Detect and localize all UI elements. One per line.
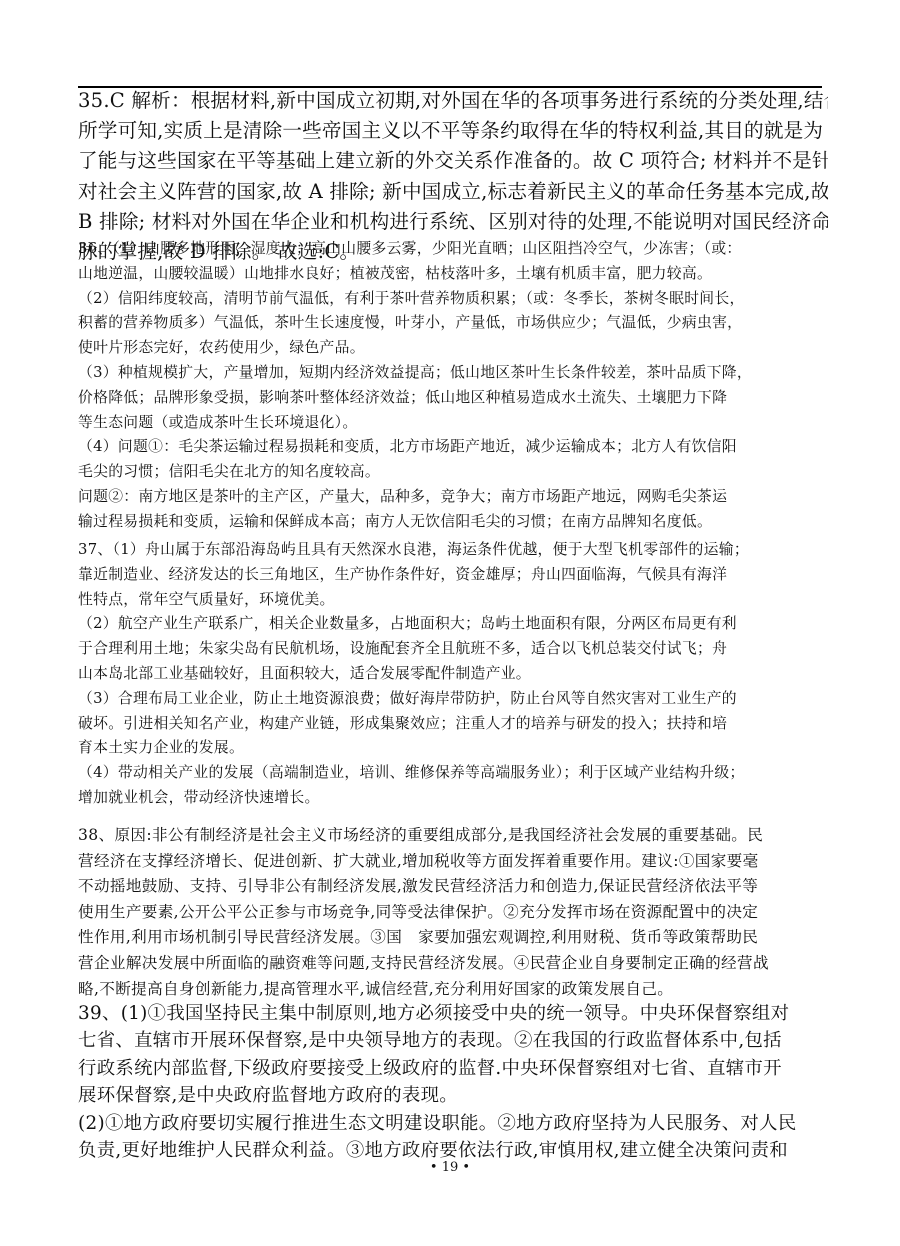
text-line: 破坏。引进相关知名产业，构建产业链，形成集聚效应；注重人才的培养与研发的投入；扶… — [78, 712, 828, 737]
text-line: 积蓄的营养物质多）气温低，茶叶生长速度慢，叶芽小，产量低，市场供应少；气温低，少… — [78, 311, 828, 336]
text-line: 37、（1）舟山属于东部沿海岛屿且具有天然深水良港，海运条件优越，便于大型飞机零… — [78, 538, 828, 563]
text-line: 36、（1）山腰多地形雨，湿度大；高山山腰多云雾，少阳光直晒；山区阻挡冷空气，少… — [78, 237, 828, 262]
page-number: • 19 • — [0, 1160, 900, 1175]
text-line: 山地逆温，山腰较温暖）山地排水良好；植被茂密，枯枝落叶多，土壤有机质丰富，肥力较… — [78, 262, 828, 287]
text-line: 使用生产要素,公开公平公正参与市场竞争,同等受法律保护。②充分发挥市场在资源配置… — [78, 900, 828, 926]
answer-37: 37、（1）舟山属于东部沿海岛屿且具有天然深水良港，海运条件优越，便于大型飞机零… — [78, 538, 828, 811]
text-line: 了能与这些国家在平等基础上建立新的外交关系作准备的。故 C 项符合; 材料并不是… — [78, 146, 828, 176]
text-line: 价格降低；品牌形象受损，影响茶叶整体经济效益；低山地区种植易造成水土流失、土壤肥… — [78, 386, 828, 411]
text-line: 于合理利用土地；朱家尖岛有民航机场，设施配套齐全且航班不多，适合以飞机总装交付试… — [78, 637, 828, 662]
text-line: 靠近制造业、经济发达的长三角地区，生产协作条件好，资金雄厚；舟山四面临海，气候具… — [78, 563, 828, 588]
text-line: （4）带动相关产业的发展（高端制造业，培训、维修保养等高端服务业）；利于区域产业… — [78, 761, 828, 786]
text-line: 等生态问题（或造成茶叶生长环境退化）。 — [78, 411, 828, 436]
text-line: 山本岛北部工业基础较好，且面积较大，适合发展零配件制造产业。 — [78, 662, 828, 687]
answer-39: 39、(1)①我国坚持民主集中制原则,地方必须接受中央的统一领导。中央环保督察组… — [78, 1000, 828, 1164]
text-line: 使叶片形态完好，农药使用少，绿色产品。 — [78, 336, 828, 361]
answer-38: 38、原因:非公有制经济是社会主义市场经济的重要组成部分,是我国经济社会发展的重… — [78, 823, 828, 1002]
text-line: 输过程易损耗和变质，运输和保鲜成本高；南方人无饮信阳毛尖的习惯；在南方品牌知名度… — [78, 510, 828, 535]
text-line: （3）种植规模扩大，产量增加，短期内经济效益提高；低山地区茶叶生长条件较差，茶叶… — [78, 361, 828, 386]
text-line: 育本土实力企业的发展。 — [78, 736, 828, 761]
text-line: 营经济在支撑经济增长、促进创新、扩大就业,增加税收等方面发挥着重要作用。建议:①… — [78, 849, 828, 875]
text-line: （2）航空产业生产联系广，相关企业数量多，占地面积大；岛屿土地面积有限，分两区布… — [78, 612, 828, 637]
text-line: 行政系统内部监督,下级政府要接受上级政府的监督.中央环保督察组对七省、直辖市开 — [78, 1055, 828, 1082]
text-line: （2）信阳纬度较高，清明节前气温低，有利于茶叶营养物质积累；（或：冬季长，茶树冬… — [78, 287, 828, 312]
text-line: 问题②：南方地区是茶叶的主产区，产量大，品种多，竞争大；南方市场距产地远，网购毛… — [78, 485, 828, 510]
text-line: 对社会主义阵营的国家,故 A 排除; 新中国成立,标志着新民主义的革命任务基本完… — [78, 177, 828, 207]
text-line: 略,不断提高自身创新能力,提高管理水平,诚信经营,充分利用好国家的政策发展自己。 — [78, 977, 828, 1003]
text-line: B 排除; 材料对外国在华企业和机构进行系统、区别对待的处理,不能说明对国民经济… — [78, 207, 828, 237]
text-line: 38、原因:非公有制经济是社会主义市场经济的重要组成部分,是我国经济社会发展的重… — [78, 823, 828, 849]
text-line: 35.C 解析：根据材料,新中国成立初期,对外国在华的各项事务进行系统的分类处理… — [78, 86, 828, 116]
text-line: （4）问题①：毛尖茶运输过程易损耗和变质，北方市场距产地近，减少运输成本；北方人… — [78, 435, 828, 460]
text-line: 七省、直辖市开展环保督察,是中央领导地方的表现。②在我国的行政监督体系中,包括 — [78, 1027, 828, 1054]
text-line: 性作用,利用市场机制引导民营经济发展。③国 家要加强宏观调控,利用财税、货币等政… — [78, 925, 828, 951]
text-line: 性特点，常年空气质量好，环境优美。 — [78, 588, 828, 613]
text-line: 增加就业机会，带动经济快速增长。 — [78, 786, 828, 811]
answer-36: 36、（1）山腰多地形雨，湿度大；高山山腰多云雾，少阳光直晒；山区阻挡冷空气，少… — [78, 237, 828, 535]
text-line: 39、(1)①我国坚持民主集中制原则,地方必须接受中央的统一领导。中央环保督察组… — [78, 1000, 828, 1027]
text-line: 不动摇地鼓励、支持、引导非公有制经济发展,激发民营经济活力和创造力,保证民营经济… — [78, 874, 828, 900]
text-line: (2)①地方政府要切实履行推进生态文明建设职能。②地方政府坚持为人民服务、对人民 — [78, 1110, 828, 1137]
text-line: 展环保督察,是中央政府监督地方政府的表现。 — [78, 1082, 828, 1109]
text-line: 毛尖的习惯；信阳毛尖在北方的知名度较高。 — [78, 460, 828, 485]
text-line: （3）合理布局工业企业，防止土地资源浪费；做好海岸带防护，防止台风等自然灾害对工… — [78, 687, 828, 712]
text-line: 营企业解决发展中所面临的融资难等问题,支持民营经济发展。④民营企业自身要制定正确… — [78, 951, 828, 977]
text-line: 所学可知,实质上是清除一些帝国主义以不平等条约取得在华的特权利益,其目的就是为 — [78, 116, 828, 146]
